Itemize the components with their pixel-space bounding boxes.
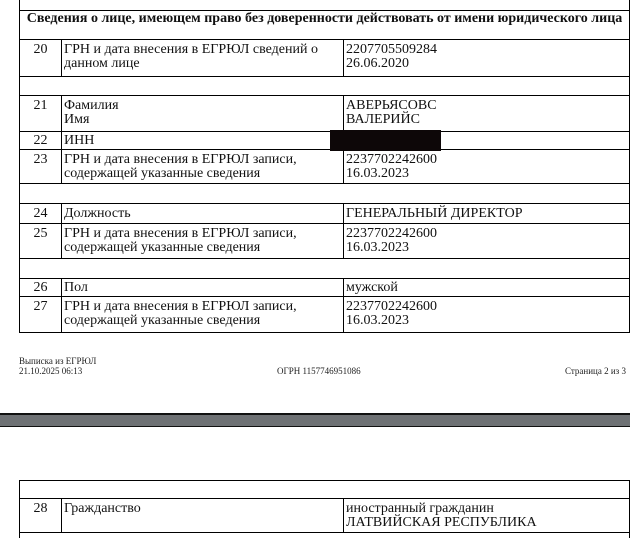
name-value: ВАЛЕРИЙС	[346, 113, 629, 127]
footer-doc-name: Выписка из ЕГРЮЛ	[19, 356, 96, 366]
grn-value: 2237702242600	[346, 300, 629, 314]
empty-row	[20, 184, 629, 204]
table-row: 21 Фамилия Имя АВЕРЬЯСОВС ВАЛЕРИЙС	[20, 96, 629, 132]
table-row: 23 ГРН и дата внесения в ЕГРЮЛ записи, с…	[20, 150, 629, 184]
table-row: 22 ИНН	[20, 132, 629, 150]
table-row: 25 ГРН и дата внесения в ЕГРЮЛ записи, с…	[20, 224, 629, 259]
date-value: 26.06.2020	[346, 57, 629, 71]
row-label: ГРН и дата внесения в ЕГРЮЛ записи, соде…	[62, 150, 344, 183]
row-number: 23	[20, 150, 62, 183]
table-row: 24 Должность ГЕНЕРАЛЬНЫЙ ДИРЕКТОР	[20, 204, 629, 224]
table-row: 26 Пол мужской	[20, 279, 629, 297]
citizenship-country: ЛАТВИЙСКАЯ РЕСПУБЛИКА	[346, 516, 629, 530]
position-value: ГЕНЕРАЛЬНЫЙ ДИРЕКТОР	[344, 204, 629, 223]
footer-ogrn: ОГРН 1157746951086	[277, 366, 361, 376]
grn-value: 2237702242600	[346, 153, 629, 167]
row-number: 21	[20, 96, 62, 131]
empty-row	[20, 480, 629, 499]
row-label: Гражданство	[62, 499, 344, 532]
row-label: Должность	[62, 204, 344, 223]
section-title: Сведения о лице, имеющем право без довер…	[20, 10, 629, 40]
date-value: 16.03.2023	[346, 241, 629, 255]
row-label: ГРН и дата внесения в ЕГРЮЛ записи, соде…	[62, 297, 344, 332]
table-row: 20 ГРН и дата внесения в ЕГРЮЛ сведений …	[20, 40, 629, 77]
surname-value: АВЕРЬЯСОВС	[346, 99, 629, 113]
empty-row	[20, 77, 629, 96]
row-value: 2237702242600 16.03.2023	[344, 150, 629, 183]
page-3: 28 Гражданство иностранный гражданин ЛАТ…	[0, 427, 630, 538]
row-number: 26	[20, 279, 62, 296]
sex-value: мужской	[344, 279, 629, 296]
surname-label: Фамилия	[64, 99, 343, 113]
table-row: 27 ГРН и дата внесения в ЕГРЮЛ записи, с…	[20, 297, 629, 333]
date-value: 16.03.2023	[346, 167, 629, 181]
row-label: ГРН и дата внесения в ЕГРЮЛ записи, соде…	[62, 224, 344, 258]
date-value: 16.03.2023	[346, 314, 629, 328]
row-label: ГРН и дата внесения в ЕГРЮЛ сведений о д…	[62, 40, 344, 76]
page-separator	[0, 413, 630, 427]
citizenship-table: 28 Гражданство иностранный гражданин ЛАТ…	[19, 480, 630, 538]
grn-value: 2207705509284	[346, 43, 629, 57]
footer-datetime: 21.10.2025 06:13	[19, 366, 96, 376]
footer-page-number: Страница 2 из 3	[565, 366, 626, 376]
row-value: 2237702242600 16.03.2023	[344, 224, 629, 258]
row-number: 25	[20, 224, 62, 258]
row-value: АВЕРЬЯСОВС ВАЛЕРИЙС	[344, 96, 629, 131]
footer-left: Выписка из ЕГРЮЛ 21.10.2025 06:13	[19, 356, 96, 376]
director-info-table: Сведения о лице, имеющем право без довер…	[19, 0, 630, 333]
row-number: 24	[20, 204, 62, 223]
citizenship-type: иностранный гражданин	[346, 502, 629, 516]
empty-row	[20, 259, 629, 279]
row-label: Пол	[62, 279, 344, 296]
row-value: 2237702242600 16.03.2023	[344, 297, 629, 332]
page-2: Сведения о лице, имеющем право без довер…	[0, 0, 630, 413]
row-label: Фамилия Имя	[62, 96, 344, 131]
name-label: Имя	[64, 113, 343, 127]
row-value: иностранный гражданин ЛАТВИЙСКАЯ РЕСПУБЛ…	[344, 499, 629, 532]
row-number: 27	[20, 297, 62, 332]
row-number: 22	[20, 132, 62, 149]
redacted-inn	[330, 130, 441, 151]
row-number: 20	[20, 40, 62, 76]
row-label: ИНН	[62, 132, 344, 149]
grn-value: 2237702242600	[346, 227, 629, 241]
table-row: 28 Гражданство иностранный гражданин ЛАТ…	[20, 499, 629, 533]
row-value: 2207705509284 26.06.2020	[344, 40, 629, 76]
row-number: 28	[20, 499, 62, 532]
